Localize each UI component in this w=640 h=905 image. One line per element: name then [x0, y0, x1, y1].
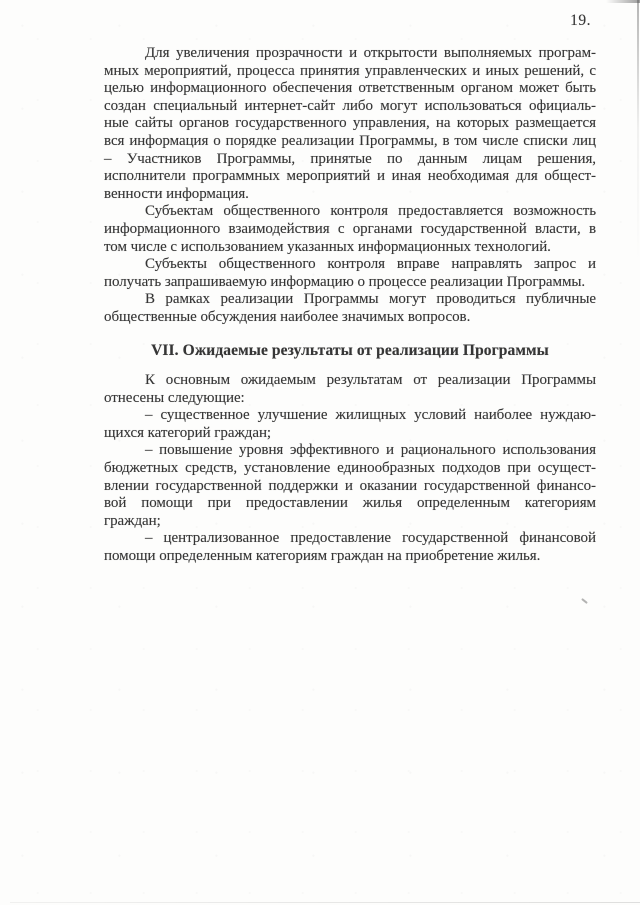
text-line: влении государственной поддержки и оказа…: [104, 478, 596, 496]
text-line: – централизованное предоставление госуда…: [104, 530, 596, 548]
scan-bottom-edge-artifact: [10, 902, 640, 903]
text-line: том числе с использованием указанных инф…: [104, 239, 596, 257]
text-line: К основным ожидаемым результатам от реал…: [104, 372, 596, 390]
text-line: Для увеличения прозрачности и открытости…: [104, 45, 596, 63]
text-line: целью информационного обеспечения ответс…: [104, 80, 596, 98]
paragraph: В рамках реализации Программы могут пров…: [104, 291, 596, 326]
text-line: информационного взаимодействия с органам…: [104, 221, 596, 239]
text-line: граждан;: [104, 513, 596, 531]
text-line: – Участников Программы, принятые по данн…: [104, 151, 596, 169]
text-line: вой помощи при предоставлении жилья опре…: [104, 495, 596, 513]
text-line: Субъектам общественного контроля предост…: [104, 203, 596, 221]
scan-right-edge-artifact: [637, 0, 639, 260]
text-line: общественные обсуждения наиболее значимы…: [104, 309, 596, 327]
text-line: вся информация о порядке реализации Прог…: [104, 133, 596, 151]
text-line: исполнители программных мероприятий и ин…: [104, 168, 596, 186]
scan-top-corner-artifact: [606, 0, 640, 3]
paragraph: Субъектам общественного контроля предост…: [104, 203, 596, 256]
paragraph: Субъекты общественного контроля вправе н…: [104, 256, 596, 291]
section-heading: VII. Ожидаемые результаты от реализации …: [104, 342, 596, 360]
text-line: бюджетных средств, установление единообр…: [104, 460, 596, 478]
paragraph-group-bottom: К основным ожидаемым результатам от реал…: [104, 372, 596, 566]
text-line: – повышение уровня эффективного и рацион…: [104, 442, 596, 460]
text-line: – существенное улучшение жилищных услови…: [104, 407, 596, 425]
text-line: мных мероприятий, процесса принятия упра…: [104, 63, 596, 81]
paragraph-group-top: Для увеличения прозрачности и открытости…: [104, 45, 596, 327]
paragraph: – существенное улучшение жилищных услови…: [104, 407, 596, 442]
text-line: Субъекты общественного контроля вправе н…: [104, 256, 596, 274]
text-line: получать запрашиваемую информацию о проц…: [104, 274, 596, 292]
document-page: 19. Для увеличения прозрачности и открыт…: [0, 0, 640, 905]
paragraph: – централизованное предоставление госуда…: [104, 530, 596, 565]
text-line: помощи определенным категориям граждан н…: [104, 548, 596, 566]
paragraph: Для увеличения прозрачности и открытости…: [104, 45, 596, 203]
scan-speck-artifact: [581, 598, 588, 604]
text-line: ные сайты органов государственного управ…: [104, 115, 596, 133]
document-body: Для увеличения прозрачности и открытости…: [104, 45, 596, 566]
text-line: создан специальный интернет-сайт либо мо…: [104, 98, 596, 116]
text-line: венности информация.: [104, 186, 596, 204]
text-line: отнесены следующие:: [104, 390, 596, 408]
page-number: 19.: [570, 12, 591, 30]
text-line: В рамках реализации Программы могут пров…: [104, 291, 596, 309]
paragraph: – повышение уровня эффективного и рацион…: [104, 442, 596, 530]
text-line: щихся категорий граждан;: [104, 425, 596, 443]
paragraph: К основным ожидаемым результатам от реал…: [104, 372, 596, 407]
